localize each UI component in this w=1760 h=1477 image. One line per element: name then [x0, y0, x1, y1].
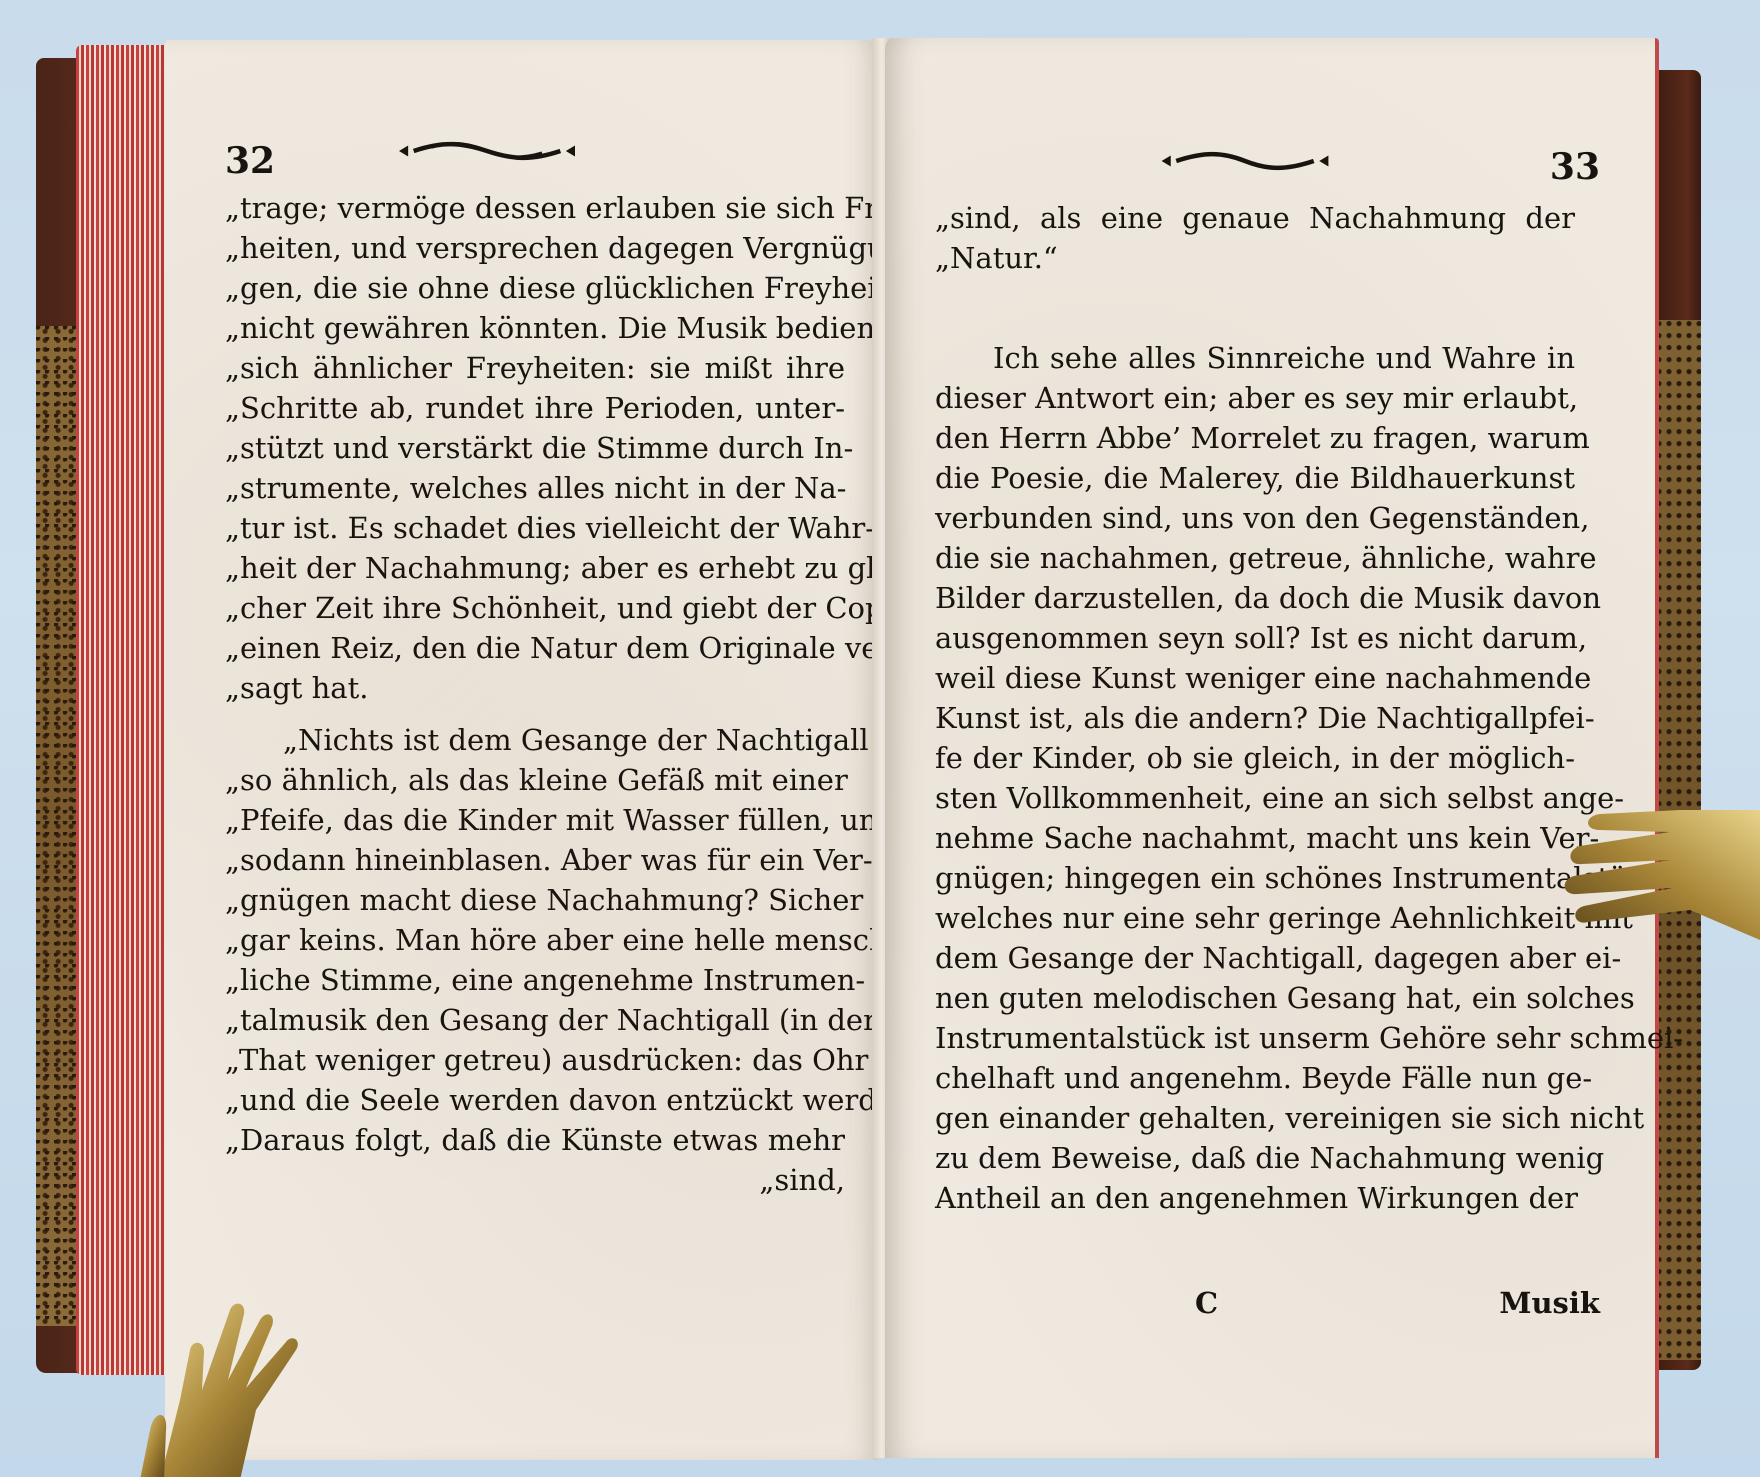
text-line: welches nur eine sehr geringe Aehnlichke…	[935, 898, 1575, 938]
text-line: nehme Sache nachahmt, macht uns kein Ver…	[935, 818, 1575, 858]
text-line: „gen, die sie ohne diese glücklichen Fre…	[225, 268, 845, 308]
text-line: „Natur.“	[935, 238, 1575, 278]
left-paragraph-1: „trage; vermöge dessen erlauben sie sich…	[225, 188, 845, 708]
text-line: „sind, als eine genaue Nachahmung der	[935, 198, 1575, 238]
text-line: gen einander gehalten, vereinigen sie si…	[935, 1098, 1575, 1138]
text-line: Instrumentalstück ist unserm Gehöre sehr…	[935, 1018, 1575, 1058]
left-page: 32 „trage; vermöge dessen erlauben sie s…	[165, 40, 878, 1460]
text-line: „Daraus folgt, daß die Künste etwas mehr	[225, 1120, 845, 1160]
text-line: „heit der Nachahmung; aber es erhebt zu …	[225, 548, 845, 588]
catchword: „sind,	[225, 1160, 845, 1200]
text-line: den Herrn Abbe’ Morrelet zu fragen, waru…	[935, 418, 1575, 458]
ornament-icon	[387, 140, 587, 162]
right-paragraph-1: „sind, als eine genaue Nachahmung der „N…	[935, 198, 1575, 278]
right-page: 33 „sind, als eine genaue Nachahmung der…	[885, 38, 1659, 1458]
page-number-left: 32	[225, 140, 275, 182]
text-line: weil diese Kunst weniger eine nachahmend…	[935, 658, 1575, 698]
text-line: Antheil an den angenehmen Wirkungen der	[935, 1178, 1575, 1218]
text-line: „Pfeife, das die Kinder mit Wasser fülle…	[225, 800, 845, 840]
text-line: „und die Seele werden davon entzückt wer…	[225, 1080, 845, 1120]
text-line: „That weniger getreu) ausdrücken: das Oh…	[225, 1040, 845, 1080]
signature-mark: C	[1195, 1286, 1218, 1320]
text-line: „sich ähnlicher Freyheiten: sie mißt ihr…	[225, 348, 845, 388]
text-line: „gar keins. Man höre aber eine helle men…	[225, 920, 845, 960]
text-line: chelhaft und angenehm. Beyde Fälle nun g…	[935, 1058, 1575, 1098]
left-paragraph-2: „Nichts ist dem Gesange der Nachtigall „…	[225, 720, 845, 1200]
brass-hand-holder-right	[1560, 790, 1760, 970]
text-line: gnügen; hingegen ein schönes Instrumenta…	[935, 858, 1575, 898]
text-line: verbunden sind, uns von den Gegenständen…	[935, 498, 1575, 538]
text-line: ausgenommen seyn soll? Ist es nicht daru…	[935, 618, 1575, 658]
text-line: zu dem Beweise, daß die Nachahmung wenig	[935, 1138, 1575, 1178]
text-line: Bilder darzustellen, da doch die Musik d…	[935, 578, 1575, 618]
text-line: „heiten, und versprechen dagegen Vergnüg…	[225, 228, 845, 268]
text-line: „stützt und verstärkt die Stimme durch I…	[225, 428, 845, 468]
text-line: „cher Zeit ihre Schönheit, und giebt der…	[225, 588, 845, 628]
text-line: „Nichts ist dem Gesange der Nachtigall	[225, 720, 845, 760]
text-line: „trage; vermöge dessen erlauben sie sich…	[225, 188, 845, 228]
page-number-right: 33	[1550, 146, 1600, 188]
text-line: „so ähnlich, als das kleine Gefäß mit ei…	[225, 760, 845, 800]
text-line: „liche Stimme, eine angenehme Instrumen-	[225, 960, 845, 1000]
text-line: „Schritte ab, rundet ihre Perioden, unte…	[225, 388, 845, 428]
text-line: „sagt hat.	[225, 668, 845, 708]
text-line: „einen Reiz, den die Natur dem Originale…	[225, 628, 845, 668]
text-line: „strumente, welches alles nicht in der N…	[225, 468, 845, 508]
book-cover-right	[1656, 70, 1701, 1370]
ornament-icon	[1150, 150, 1340, 172]
text-line: Kunst ist, als die andern? Die Nachtigal…	[935, 698, 1575, 738]
text-line: Ich sehe alles Sinnreiche und Wahre in	[935, 338, 1575, 378]
right-paragraph-2: Ich sehe alles Sinnreiche und Wahre in d…	[935, 338, 1575, 1218]
text-line: „talmusik den Gesang der Nachtigall (in …	[225, 1000, 845, 1040]
text-line: nen guten melodischen Gesang hat, ein so…	[935, 978, 1575, 1018]
text-line: dem Gesange der Nachtigall, dagegen aber…	[935, 938, 1575, 978]
text-line: fe der Kinder, ob sie gleich, in der mög…	[935, 738, 1575, 778]
catchword: Musik	[1499, 1286, 1600, 1320]
text-line: die Poesie, die Malerey, die Bildhauerku…	[935, 458, 1575, 498]
text-line: „nicht gewähren könnten. Die Musik bedie…	[225, 308, 845, 348]
text-line: dieser Antwort ein; aber es sey mir erla…	[935, 378, 1575, 418]
text-line: die sie nachahmen, getreue, ähnliche, wa…	[935, 538, 1575, 578]
text-line: „tur ist. Es schadet dies vielleicht der…	[225, 508, 845, 548]
red-page-edges	[76, 45, 166, 1375]
text-line: sten Vollkommenheit, eine an sich selbst…	[935, 778, 1575, 818]
brass-hand-holder-left	[120, 1280, 360, 1477]
text-line: „sodann hineinblasen. Aber was für ein V…	[225, 840, 845, 880]
text-line: „gnügen macht diese Nachahmung? Sicher	[225, 880, 845, 920]
